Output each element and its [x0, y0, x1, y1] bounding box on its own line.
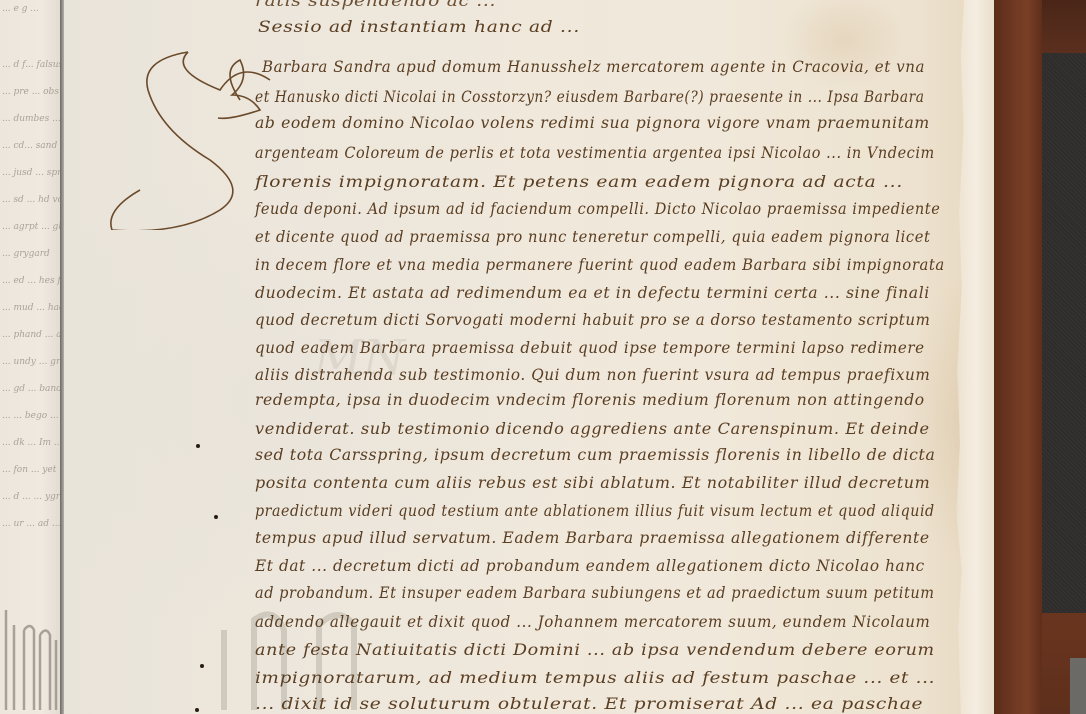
- ink-spot: [200, 664, 204, 668]
- manuscript-line: et dicente quod ad praemissa pro nunc te…: [255, 228, 930, 246]
- manuscript-line: Et dat ... decretum dicti ad probandum e…: [255, 557, 925, 575]
- manuscript-line: in decem flore et vna media permanere fu…: [255, 256, 945, 274]
- facing-page-line: ... phand ... abels: [2, 330, 60, 340]
- manuscript-line: argenteam Coloreum de perlis et tota ves…: [255, 144, 935, 162]
- torn-paper-edge: [948, 0, 994, 714]
- facing-page-large-letters: [0, 600, 60, 714]
- manuscript-line: florenis impignoratam. Et petens eam ead…: [255, 173, 903, 191]
- manuscript-line: ab eodem domino Nicolao volens redimi su…: [255, 114, 930, 132]
- manuscript-line: posita contenta cum aliis rebus est sibi…: [255, 474, 930, 492]
- facing-page-line: ... d ... ... ygrnd ... .nn: [2, 492, 60, 502]
- binding-frame-top: [1042, 0, 1086, 53]
- top-fragment-line: ratis suspendendo ac ...: [255, 0, 496, 10]
- facing-page-line: ... dk ... Im ... vrythen: [2, 438, 60, 448]
- manuscript-line: feuda deponi. Ad ipsum ad id faciendum c…: [255, 200, 940, 218]
- manuscript-line: quod eadem Barbara praemissa debuit quod…: [255, 339, 925, 357]
- ink-spot: [195, 708, 199, 712]
- facing-page-line: ... cd... sand ... bed: [2, 141, 60, 151]
- facing-page-line: ... gd ... band ... fok: [2, 384, 60, 394]
- manuscript-line: aliis distrahenda sub testimonio. Qui du…: [255, 366, 930, 384]
- facing-page-line: ... ... bego ... bed ... ld: [2, 411, 60, 421]
- facing-page-line: ... mud ... hadby: [2, 303, 60, 313]
- manuscript-line: quod decretum dicti Sorvogati moderni ha…: [255, 311, 930, 329]
- manuscript-line: duodecim. Et astata ad redimendum ea et …: [255, 284, 930, 302]
- felt-backing: [1042, 53, 1086, 613]
- ink-spot: [196, 444, 200, 448]
- manuscript-line: tempus apud illud servatum. Eadem Barbar…: [255, 529, 930, 547]
- manuscript-line: ante festa Natiuitatis dicti Domini ... …: [255, 641, 935, 659]
- facing-page-line: ... pre ... obs Curia: [2, 87, 60, 97]
- manuscript-line: impignoratarum, ad medium tempus aliis a…: [255, 669, 935, 687]
- facing-page-line: ... ur ... ad ... vnd: [2, 519, 60, 529]
- facing-page-line: ... ed ... hes fur . gof: [2, 276, 60, 286]
- facing-page-line: ... undy ... groh: [2, 357, 60, 367]
- facing-page-line: ... e g ...: [2, 4, 39, 14]
- manuscript-line: redempta, ipsa in duodecim vndecim flore…: [255, 391, 925, 409]
- backing-corner: [1070, 658, 1086, 714]
- ink-spot: [214, 515, 218, 519]
- leather-binding: [994, 0, 1042, 714]
- facing-page-line: ... sd ... hd vom: [2, 195, 60, 205]
- facing-page-line: ... agrpt ... glaygul: [2, 222, 60, 232]
- manuscript-line: sed tota Carsspring, ipsum decretum cum …: [255, 446, 935, 464]
- binding-frame-bottom: [1042, 613, 1086, 714]
- facing-page-line: ... jusd ... sprinke: [2, 168, 60, 178]
- section-heading: Sessio ad instantiam hanc ad ...: [258, 18, 580, 36]
- facing-page-line: ... fon ... yet ... pro ... f...: [2, 465, 60, 475]
- facing-page-line: ... d f... falsus: [2, 60, 60, 70]
- manuscript-line: ... dixit id se soluturum obtulerat. Et …: [255, 695, 923, 713]
- manuscript-line: Barbara Sandra apud domum Hanusshelz mer…: [262, 58, 925, 76]
- facing-page-line: ... grygard: [2, 249, 50, 259]
- manuscript-line: addendo allegauit et dixit quod ... Joha…: [255, 613, 930, 631]
- manuscript-line: et Hanusko dicti Nicolai in Cosstorzyn? …: [255, 88, 925, 106]
- facing-page-line: ... dumbes ... Camp...: [2, 114, 60, 124]
- manuscript-line: ad probandum. Et insuper eadem Barbara s…: [255, 584, 935, 602]
- manuscript-line: praedictum videri quod testium ante abla…: [255, 502, 935, 520]
- manuscript-line: vendiderat. sub testimonio dicendo aggre…: [255, 420, 930, 438]
- facing-page: ... e g ...... d f... falsus... pre ... …: [0, 0, 60, 714]
